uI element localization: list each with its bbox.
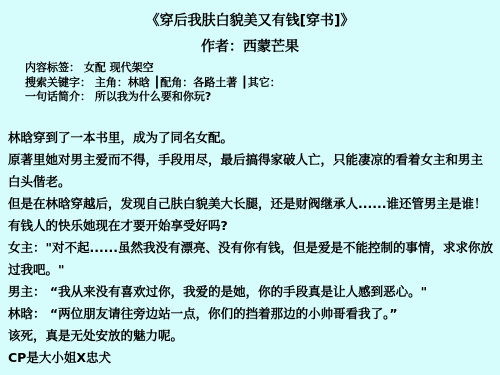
novel-title: 《穿后我肤白貌美又有钱[穿书]》	[0, 11, 500, 31]
meta-block: 内容标签： 女配 现代架空 搜索关键字： 主角：林晗 ┃配角：各路土著 ┃其它：…	[25, 61, 500, 105]
one-line-intro-line: 一句话简介： 所以我为什么要和你玩?	[25, 90, 500, 105]
synopsis-line: 过我吧。"	[8, 259, 496, 281]
synopsis-line: 但是在林晗穿越后，发现自己肤白貌美大长腿，还是财阀继承人......谁还管男主是…	[8, 193, 496, 215]
synopsis-line: 有钱人的快乐她现在才要开始享受好吗?	[8, 215, 496, 237]
author-line: 作者：西蒙芒果	[0, 37, 500, 57]
synopsis-line: 原著里她对男主爱而不得，手段用尽，最后搞得家破人亡，只能凄凉的看着女主和男主	[8, 149, 496, 171]
synopsis-line: 林晗穿到了一本书里，成为了同名女配。	[8, 127, 496, 149]
content-tags-line: 内容标签： 女配 现代架空	[25, 61, 500, 76]
search-keywords-line: 搜索关键字： 主角：林晗 ┃配角：各路土著 ┃其它：	[25, 76, 500, 91]
novel-intro-page: 《穿后我肤白貌美又有钱[穿书]》 作者：西蒙芒果 内容标签： 女配 现代架空 搜…	[0, 0, 500, 375]
synopsis-line: 该死，真是无处安放的魅力呢。	[8, 325, 496, 347]
synopsis-block: 林晗穿到了一本书里，成为了同名女配。 原著里她对男主爱而不得，手段用尽，最后搞得…	[8, 127, 496, 369]
page-header: 《穿后我肤白貌美又有钱[穿书]》 作者：西蒙芒果	[0, 0, 500, 57]
synopsis-line: CP是大小姐X忠犬	[8, 347, 496, 369]
synopsis-line: 女主："对不起......虽然我没有漂亮、没有你有钱，但是爱是不能控制的事情，求…	[8, 237, 496, 259]
synopsis-line: 林晗： “两位朋友请往旁边站一点，你们的挡着那边的小帅哥看我了。”	[8, 303, 496, 325]
synopsis-line: 白头偕老。	[8, 171, 496, 193]
synopsis-line: 男主： “我从来没有喜欢过你，我爱的是她，你的手段真是让人感到恶心。"	[8, 281, 496, 303]
